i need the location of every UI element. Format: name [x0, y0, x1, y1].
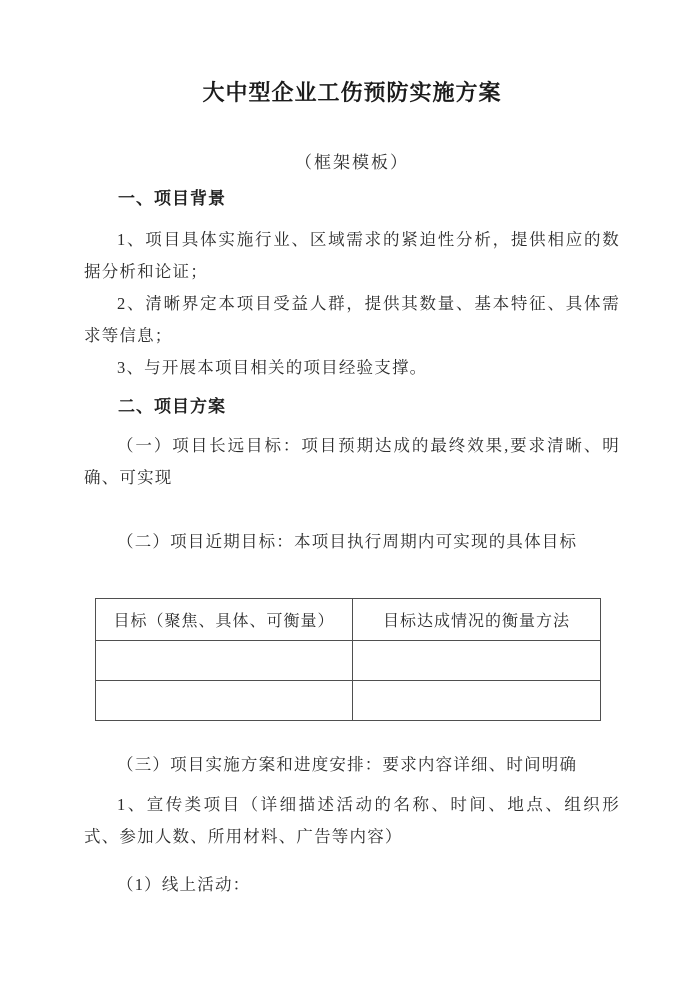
- plan-subsection-near-term-goal: （二）项目近期目标：本项目执行周期内可实现的具体目标: [84, 526, 620, 558]
- plan-publicity-project-paragraph: 1、宣传类项目（详细描述活动的名称、时间、地点、组织形式、参加人数、所用材料、广…: [84, 789, 620, 853]
- goals-table-cell-goal: [96, 641, 353, 681]
- goals-table-cell-goal: [96, 681, 353, 721]
- document-subtitle: （框架模板）: [84, 150, 620, 176]
- goals-table-cell-method: [353, 641, 601, 681]
- document-page: 大中型企业工伤预防实施方案 （框架模板） 一、项目背景 1、项目具体实施行业、区…: [0, 0, 700, 990]
- background-paragraph-3: 3、与开展本项目相关的项目经验支撑。: [84, 352, 620, 384]
- plan-subsection-implementation-schedule: （三）项目实施方案和进度安排：要求内容详细、时间明确: [84, 749, 620, 781]
- goals-table-header-method: 目标达成情况的衡量方法: [353, 599, 601, 641]
- background-paragraph-1: 1、项目具体实施行业、区域需求的紧迫性分析，提供相应的数据分析和论证；: [84, 224, 620, 288]
- plan-online-activity-item: （1）线上活动：: [84, 869, 620, 901]
- goals-table: 目标（聚焦、具体、可衡量） 目标达成情况的衡量方法: [95, 598, 601, 721]
- document-title: 大中型企业工伤预防实施方案: [84, 78, 620, 108]
- goals-table-header-row: 目标（聚焦、具体、可衡量） 目标达成情况的衡量方法: [96, 599, 601, 641]
- goals-table-row: [96, 641, 601, 681]
- background-paragraph-2: 2、清晰界定本项目受益人群，提供其数量、基本特征、具体需求等信息；: [84, 288, 620, 352]
- section-heading-plan: 二、项目方案: [84, 394, 620, 420]
- section-heading-background: 一、项目背景: [84, 186, 620, 212]
- goals-table-cell-method: [353, 681, 601, 721]
- plan-subsection-long-term-goal: （一）项目长远目标：项目预期达成的最终效果,要求清晰、明确、可实现: [84, 430, 620, 494]
- goals-table-row: [96, 681, 601, 721]
- goals-table-header-goal: 目标（聚焦、具体、可衡量）: [96, 599, 353, 641]
